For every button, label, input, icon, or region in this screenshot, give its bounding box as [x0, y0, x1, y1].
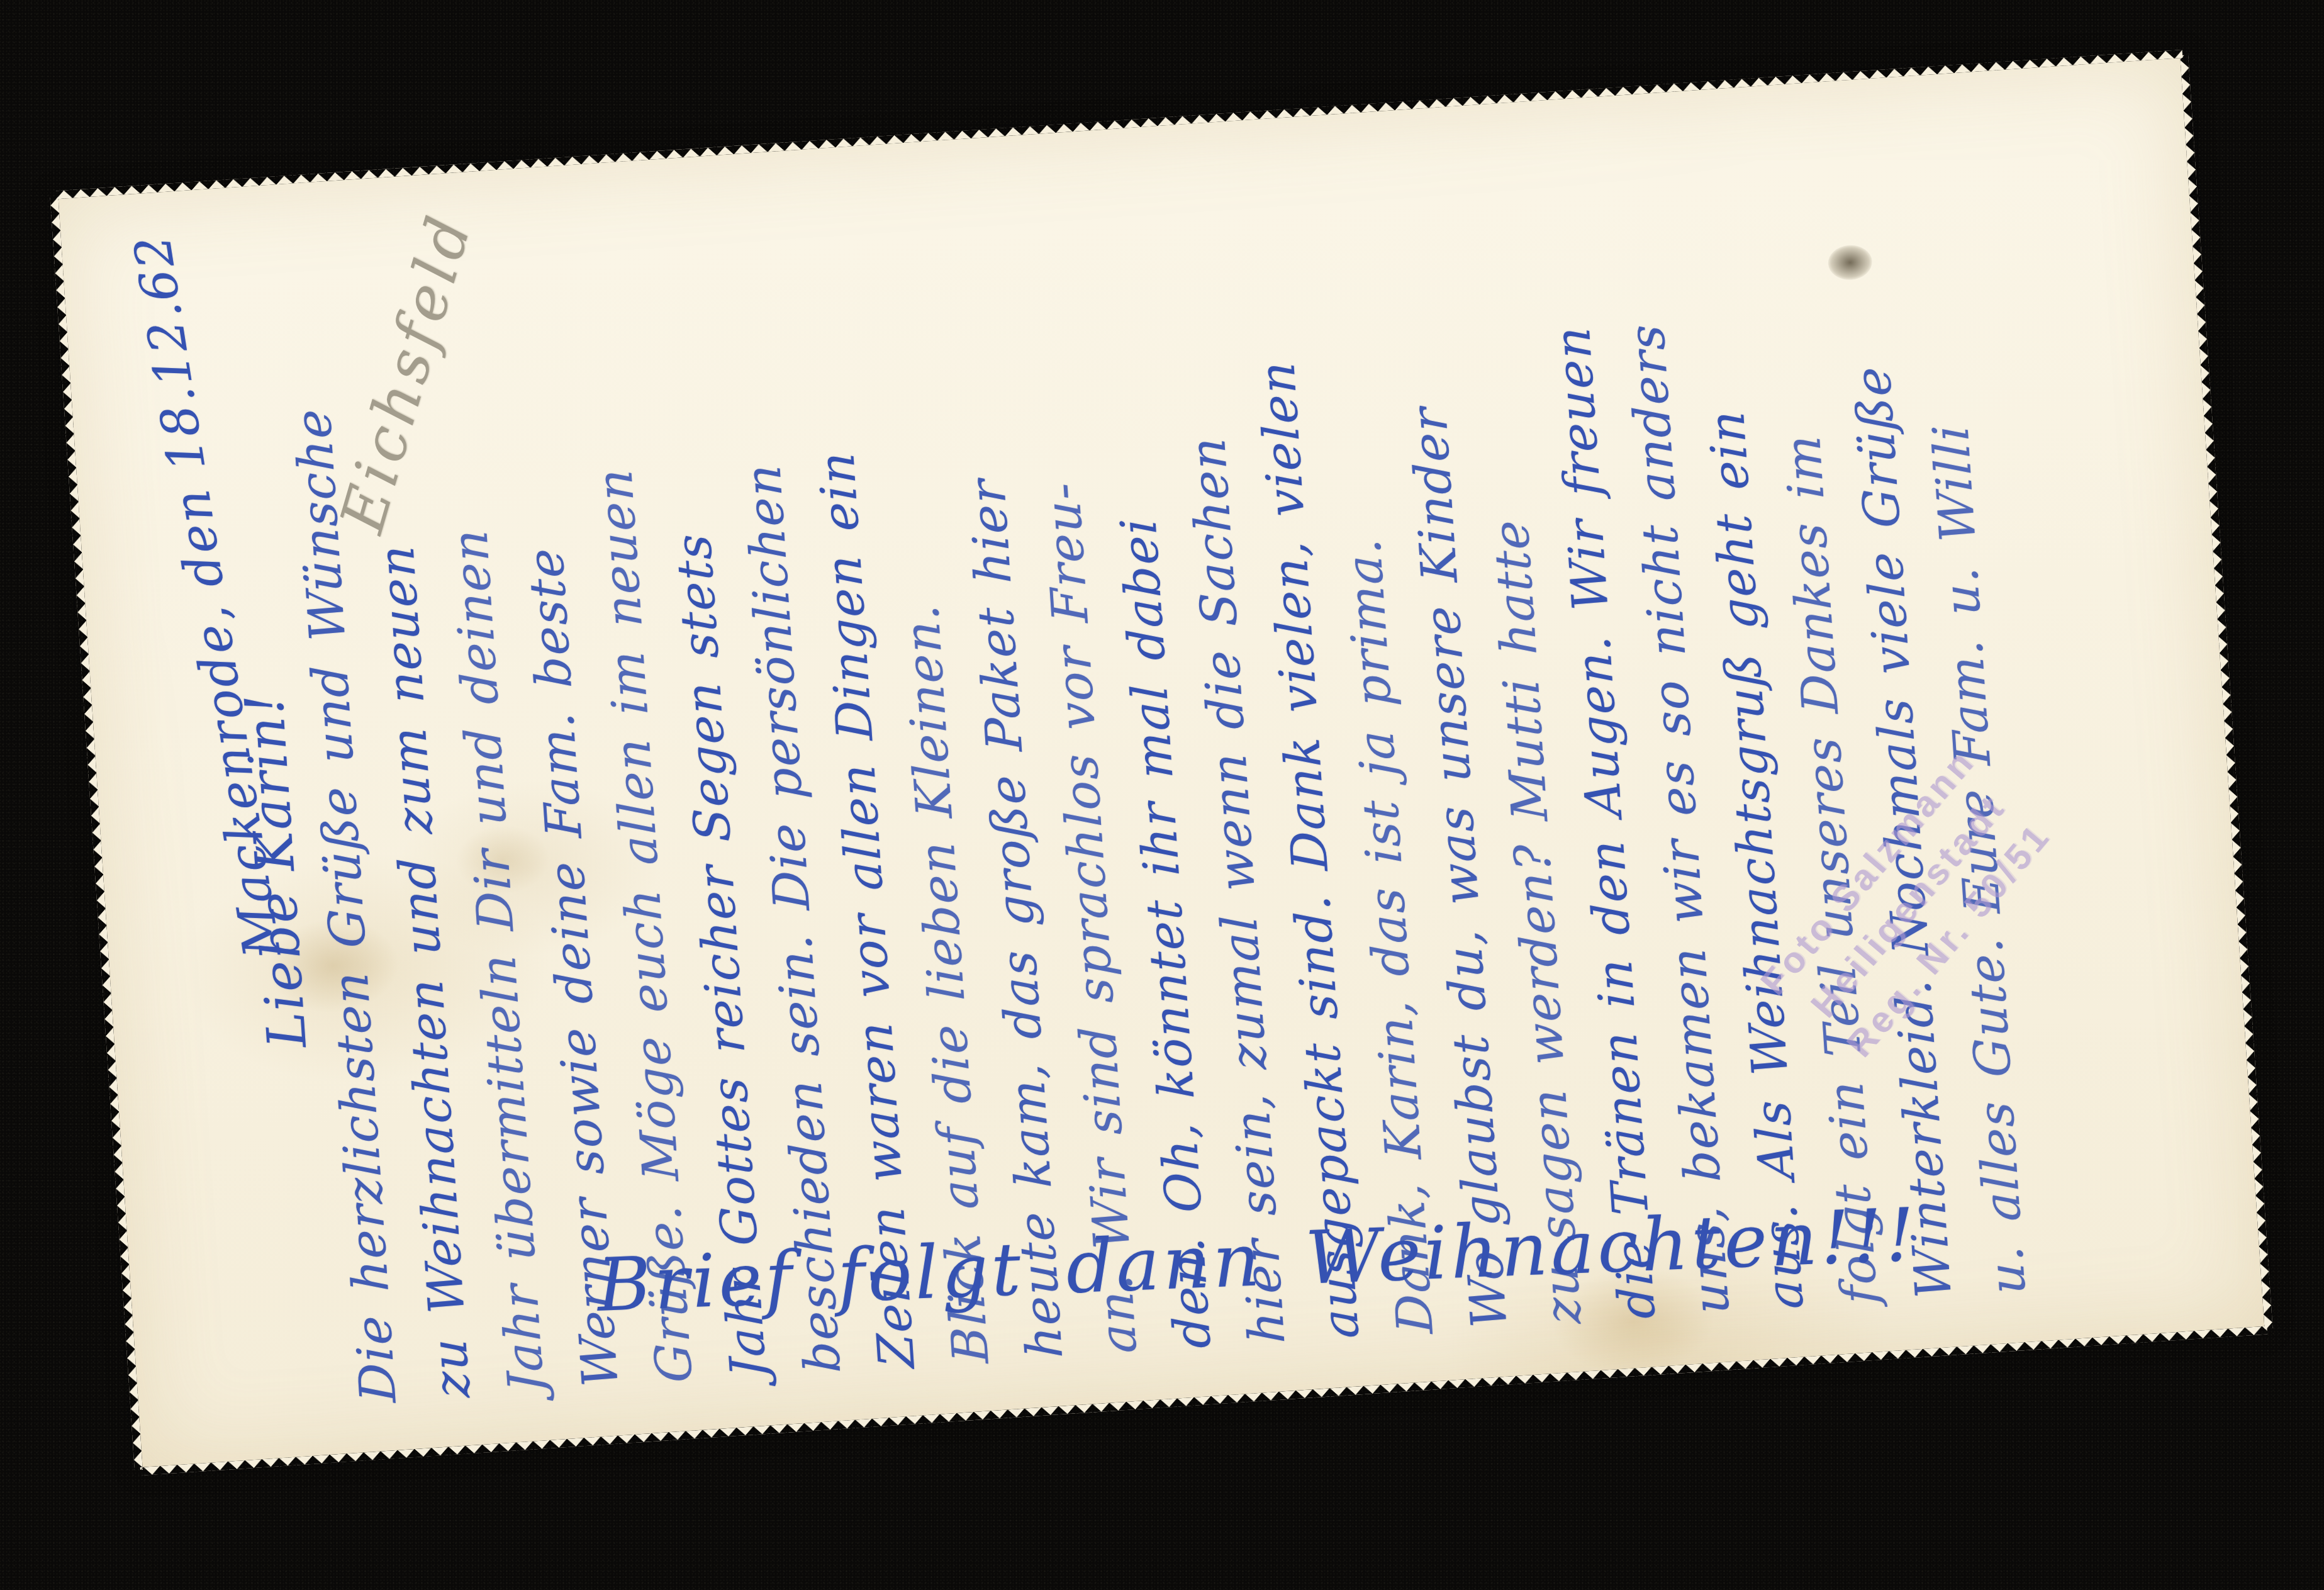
photo-postcard-back: Mackenrode, den 18.12.62 Liebe Karin! Di…: [59, 58, 2264, 1467]
scan-black-background: Mackenrode, den 18.12.62 Liebe Karin! Di…: [0, 0, 2324, 1590]
